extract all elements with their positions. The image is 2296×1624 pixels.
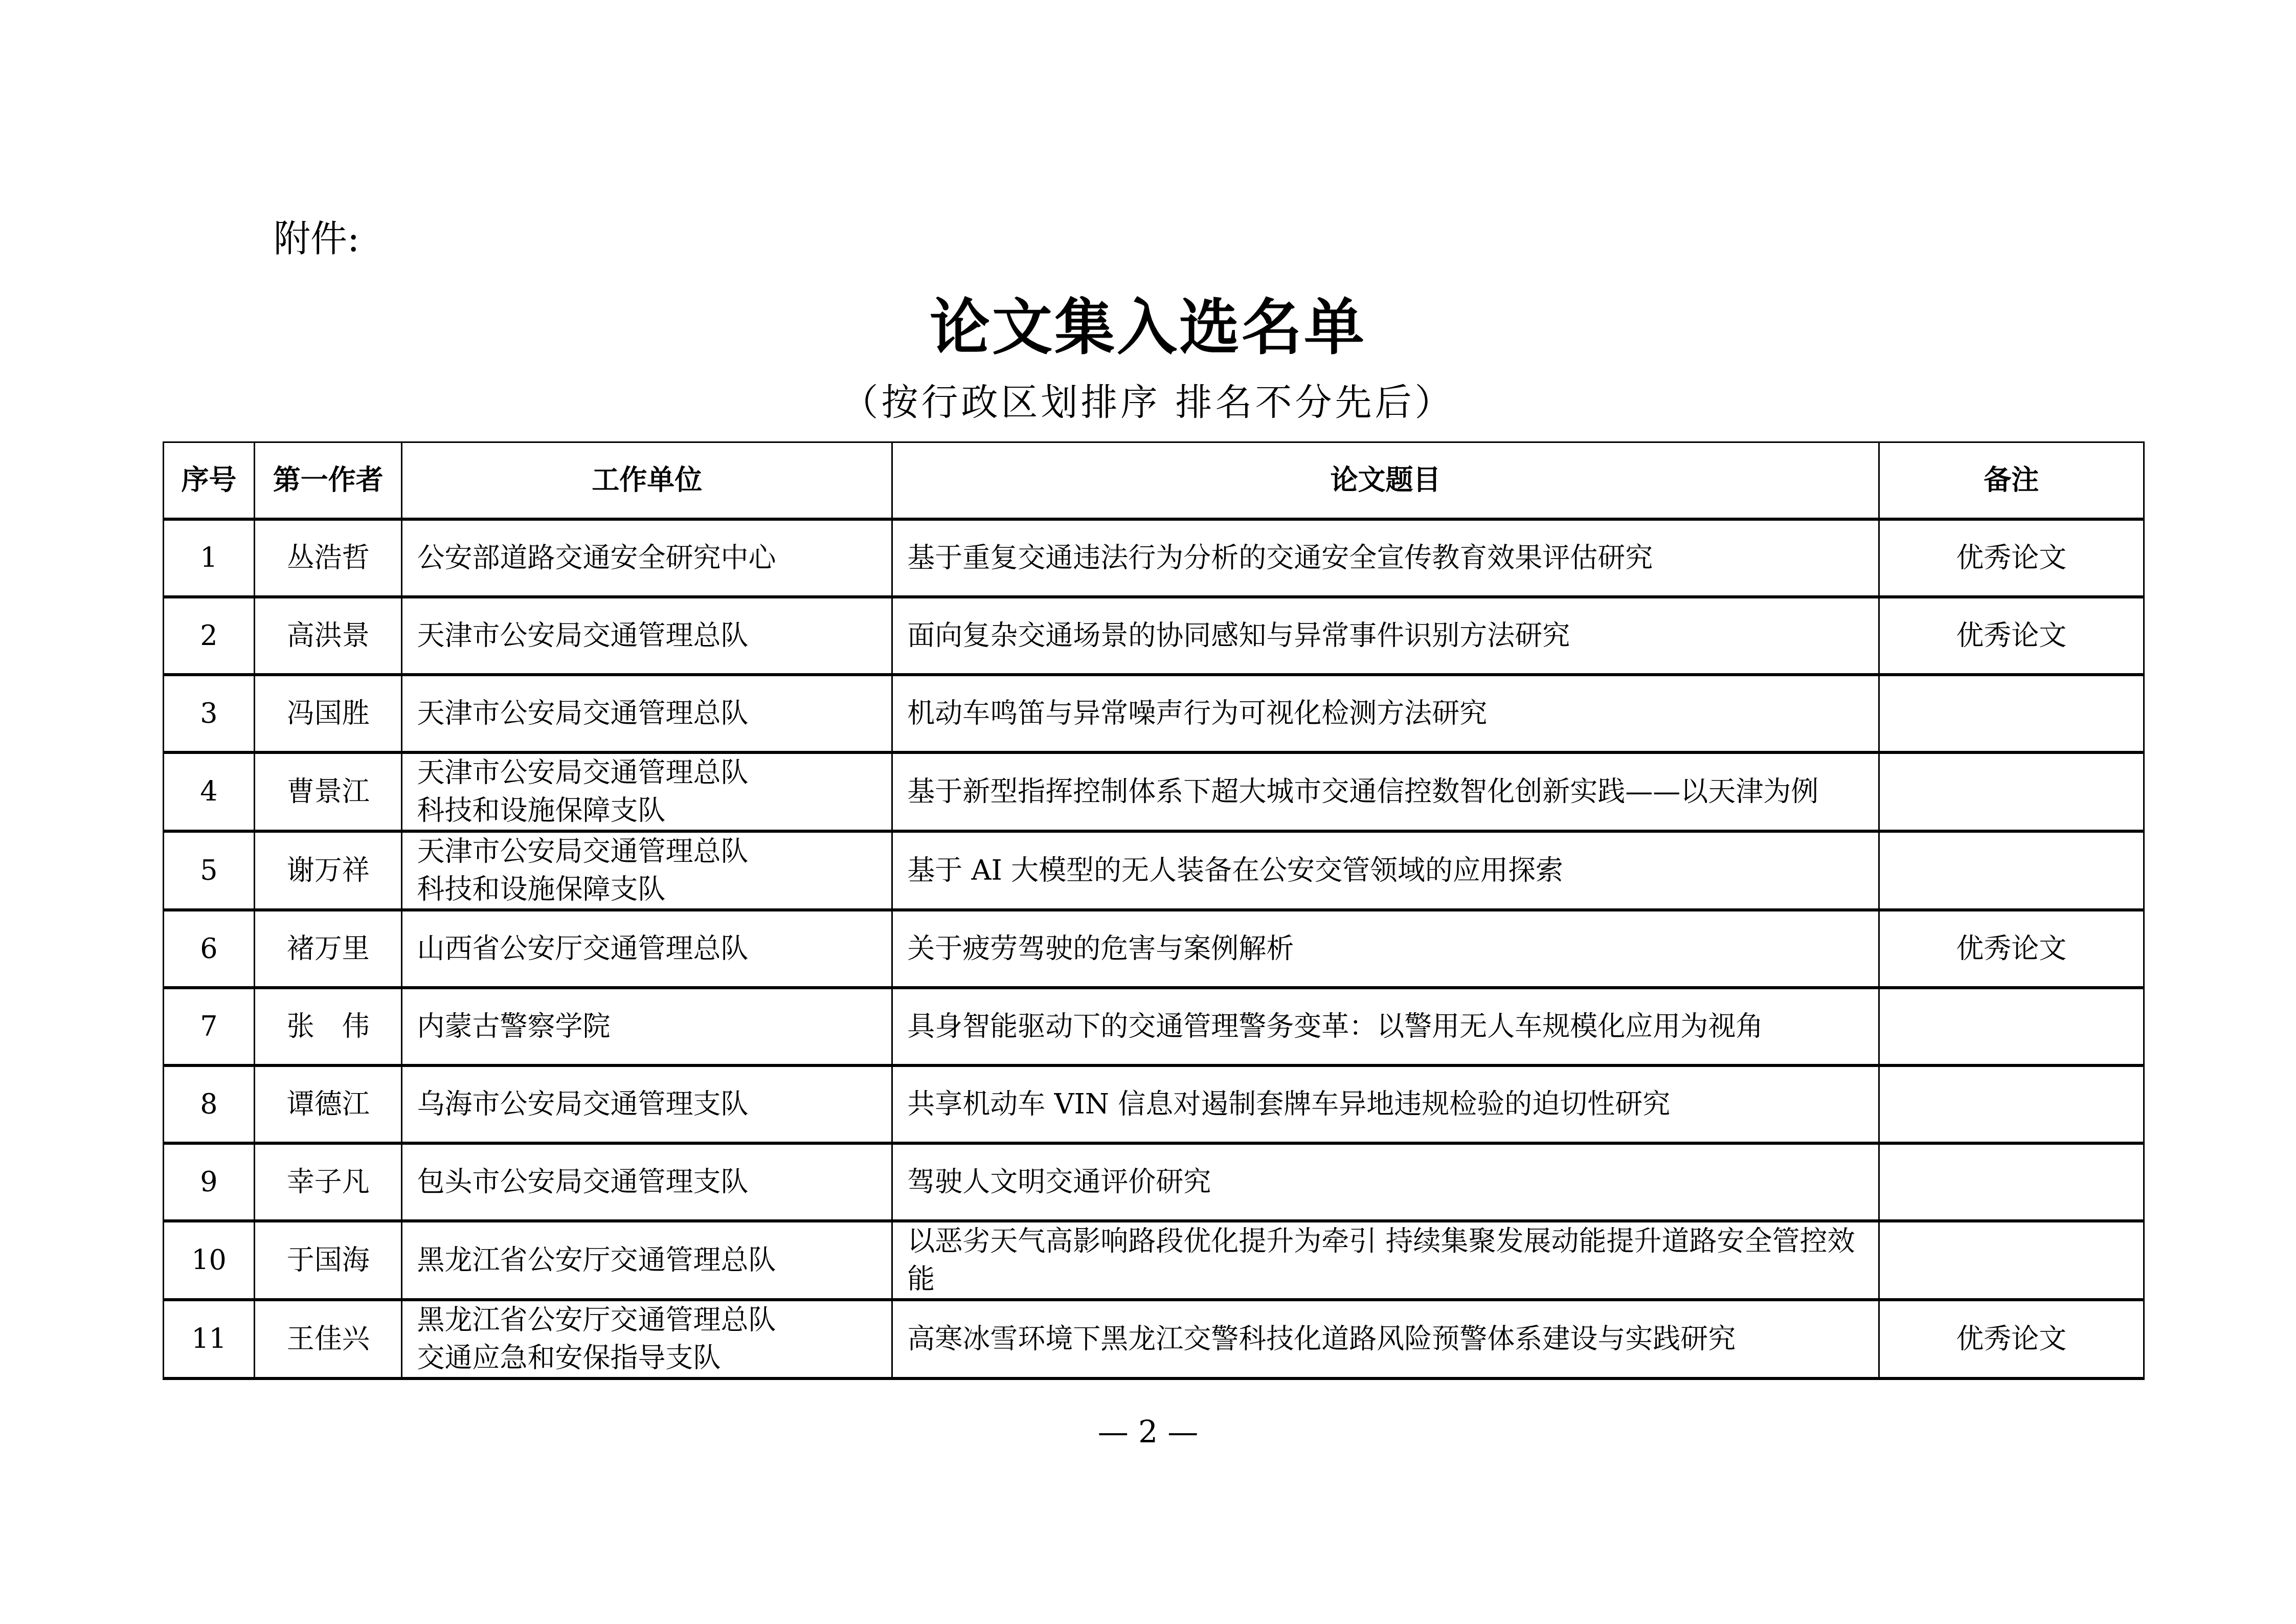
cell-index: 1 — [164, 519, 255, 597]
unit-line: 天津市公安局交通管理总队 — [417, 617, 877, 655]
cell-index: 9 — [164, 1143, 255, 1221]
cell-title: 基于新型指挥控制体系下超大城市交通信控数智化创新实践——以天津为例 — [892, 752, 1879, 831]
cell-author: 于国海 — [255, 1221, 402, 1300]
table-row: 7 张 伟 内蒙古警察学院 具身智能驱动下的交通管理警务变革：以警用无人车规模化… — [164, 988, 2144, 1065]
column-header-title: 论文题目 — [892, 442, 1879, 520]
cell-unit: 黑龙江省公安厅交通管理总队交通应急和安保指导支队 — [402, 1300, 892, 1378]
cell-note — [1879, 675, 2144, 752]
column-header-index: 序号 — [164, 442, 255, 520]
cell-index: 11 — [164, 1300, 255, 1378]
cell-note: 优秀论文 — [1879, 910, 2144, 988]
cell-note — [1879, 988, 2144, 1065]
unit-line: 天津市公安局交通管理总队 — [417, 833, 877, 871]
cell-author: 丛浩哲 — [255, 519, 402, 597]
cell-unit: 山西省公安厅交通管理总队 — [402, 910, 892, 988]
unit-line: 天津市公安局交通管理总队 — [417, 695, 877, 732]
cell-author: 谢万祥 — [255, 831, 402, 910]
column-header-note: 备注 — [1879, 442, 2144, 520]
cell-title: 具身智能驱动下的交通管理警务变革：以警用无人车规模化应用为视角 — [892, 988, 1879, 1065]
cell-title: 基于重复交通违法行为分析的交通安全宣传教育效果评估研究 — [892, 519, 1879, 597]
cell-index: 4 — [164, 752, 255, 831]
unit-line: 黑龙江省公安厅交通管理总队 — [417, 1241, 877, 1279]
table-row: 2 高洪景 天津市公安局交通管理总队 面向复杂交通场景的协同感知与异常事件识别方… — [164, 597, 2144, 675]
cell-author: 王佳兴 — [255, 1300, 402, 1378]
table-row: 8 谭德江 乌海市公安局交通管理支队 共享机动车 VIN 信息对遏制套牌车异地违… — [164, 1065, 2144, 1143]
cell-author: 冯国胜 — [255, 675, 402, 752]
unit-line: 内蒙古警察学院 — [417, 1008, 877, 1045]
column-header-unit: 工作单位 — [402, 442, 892, 520]
cell-author: 曹景江 — [255, 752, 402, 831]
column-header-author: 第一作者 — [255, 442, 402, 520]
attachment-label: 附件: — [274, 220, 359, 257]
unit-line: 乌海市公安局交通管理支队 — [417, 1085, 877, 1123]
table-row: 4 曹景江 天津市公安局交通管理总队科技和设施保障支队 基于新型指挥控制体系下超… — [164, 752, 2144, 831]
cell-author: 幸子凡 — [255, 1143, 402, 1221]
cell-title: 以恶劣天气高影响路段优化提升为牵引 持续集聚发展动能提升道路安全管控效能 — [892, 1221, 1879, 1300]
cell-index: 3 — [164, 675, 255, 752]
cell-unit: 天津市公安局交通管理总队科技和设施保障支队 — [402, 752, 892, 831]
table-row: 9 幸子凡 包头市公安局交通管理支队 驾驶人文明交通评价研究 — [164, 1143, 2144, 1221]
cell-author: 张 伟 — [255, 988, 402, 1065]
table-row: 1 丛浩哲 公安部道路交通安全研究中心 基于重复交通违法行为分析的交通安全宣传教… — [164, 519, 2144, 597]
cell-author: 褚万里 — [255, 910, 402, 988]
document-subtitle: （按行政区划排序 排名不分先后） — [0, 384, 2296, 420]
cell-note — [1879, 1143, 2144, 1221]
cell-unit: 内蒙古警察学院 — [402, 988, 892, 1065]
unit-line: 天津市公安局交通管理总队 — [417, 754, 877, 792]
page-number: — 2 — — [0, 1417, 2296, 1448]
cell-index: 6 — [164, 910, 255, 988]
selection-table: 序号 第一作者 工作单位 论文题目 备注 1 丛浩哲 公安部道路交通安全研究中心… — [163, 441, 2145, 1380]
table-row: 6 褚万里 山西省公安厅交通管理总队 关于疲劳驾驶的危害与案例解析 优秀论文 — [164, 910, 2144, 988]
unit-line: 科技和设施保障支队 — [417, 871, 877, 908]
table-row: 5 谢万祥 天津市公安局交通管理总队科技和设施保障支队 基于 AI 大模型的无人… — [164, 831, 2144, 910]
cell-unit: 包头市公安局交通管理支队 — [402, 1143, 892, 1221]
cell-index: 7 — [164, 988, 255, 1065]
cell-title: 关于疲劳驾驶的危害与案例解析 — [892, 910, 1879, 988]
cell-note — [1879, 752, 2144, 831]
cell-note: 优秀论文 — [1879, 597, 2144, 675]
cell-title: 机动车鸣笛与异常噪声行为可视化检测方法研究 — [892, 675, 1879, 752]
cell-title: 基于 AI 大模型的无人装备在公安交管领域的应用探索 — [892, 831, 1879, 910]
cell-author: 谭德江 — [255, 1065, 402, 1143]
cell-unit: 黑龙江省公安厅交通管理总队 — [402, 1221, 892, 1300]
cell-title: 高寒冰雪环境下黑龙江交警科技化道路风险预警体系建设与实践研究 — [892, 1300, 1879, 1378]
table-row: 3 冯国胜 天津市公安局交通管理总队 机动车鸣笛与异常噪声行为可视化检测方法研究 — [164, 675, 2144, 752]
cell-author: 高洪景 — [255, 597, 402, 675]
unit-line: 交通应急和安保指导支队 — [417, 1339, 877, 1377]
unit-line: 公安部道路交通安全研究中心 — [417, 539, 877, 577]
cell-unit: 公安部道路交通安全研究中心 — [402, 519, 892, 597]
unit-line: 科技和设施保障支队 — [417, 792, 877, 830]
cell-unit: 天津市公安局交通管理总队 — [402, 597, 892, 675]
unit-line: 黑龙江省公安厅交通管理总队 — [417, 1301, 877, 1339]
unit-line: 山西省公安厅交通管理总队 — [417, 930, 877, 968]
cell-index: 10 — [164, 1221, 255, 1300]
cell-index: 8 — [164, 1065, 255, 1143]
cell-unit: 乌海市公安局交通管理支队 — [402, 1065, 892, 1143]
unit-line: 包头市公安局交通管理支队 — [417, 1163, 877, 1201]
cell-index: 2 — [164, 597, 255, 675]
cell-index: 5 — [164, 831, 255, 910]
document-title: 论文集入选名单 — [0, 294, 2296, 361]
table-row: 11 王佳兴 黑龙江省公安厅交通管理总队交通应急和安保指导支队 高寒冰雪环境下黑… — [164, 1300, 2144, 1378]
cell-note — [1879, 1065, 2144, 1143]
cell-note — [1879, 831, 2144, 910]
cell-title: 面向复杂交通场景的协同感知与异常事件识别方法研究 — [892, 597, 1879, 675]
cell-title: 驾驶人文明交通评价研究 — [892, 1143, 1879, 1221]
cell-unit: 天津市公安局交通管理总队 — [402, 675, 892, 752]
cell-title: 共享机动车 VIN 信息对遏制套牌车异地违规检验的迫切性研究 — [892, 1065, 1879, 1143]
cell-note — [1879, 1221, 2144, 1300]
cell-unit: 天津市公安局交通管理总队科技和设施保障支队 — [402, 831, 892, 910]
cell-note: 优秀论文 — [1879, 519, 2144, 597]
table-header-row: 序号 第一作者 工作单位 论文题目 备注 — [164, 442, 2144, 520]
table-row: 10 于国海 黑龙江省公安厅交通管理总队 以恶劣天气高影响路段优化提升为牵引 持… — [164, 1221, 2144, 1300]
cell-note: 优秀论文 — [1879, 1300, 2144, 1378]
